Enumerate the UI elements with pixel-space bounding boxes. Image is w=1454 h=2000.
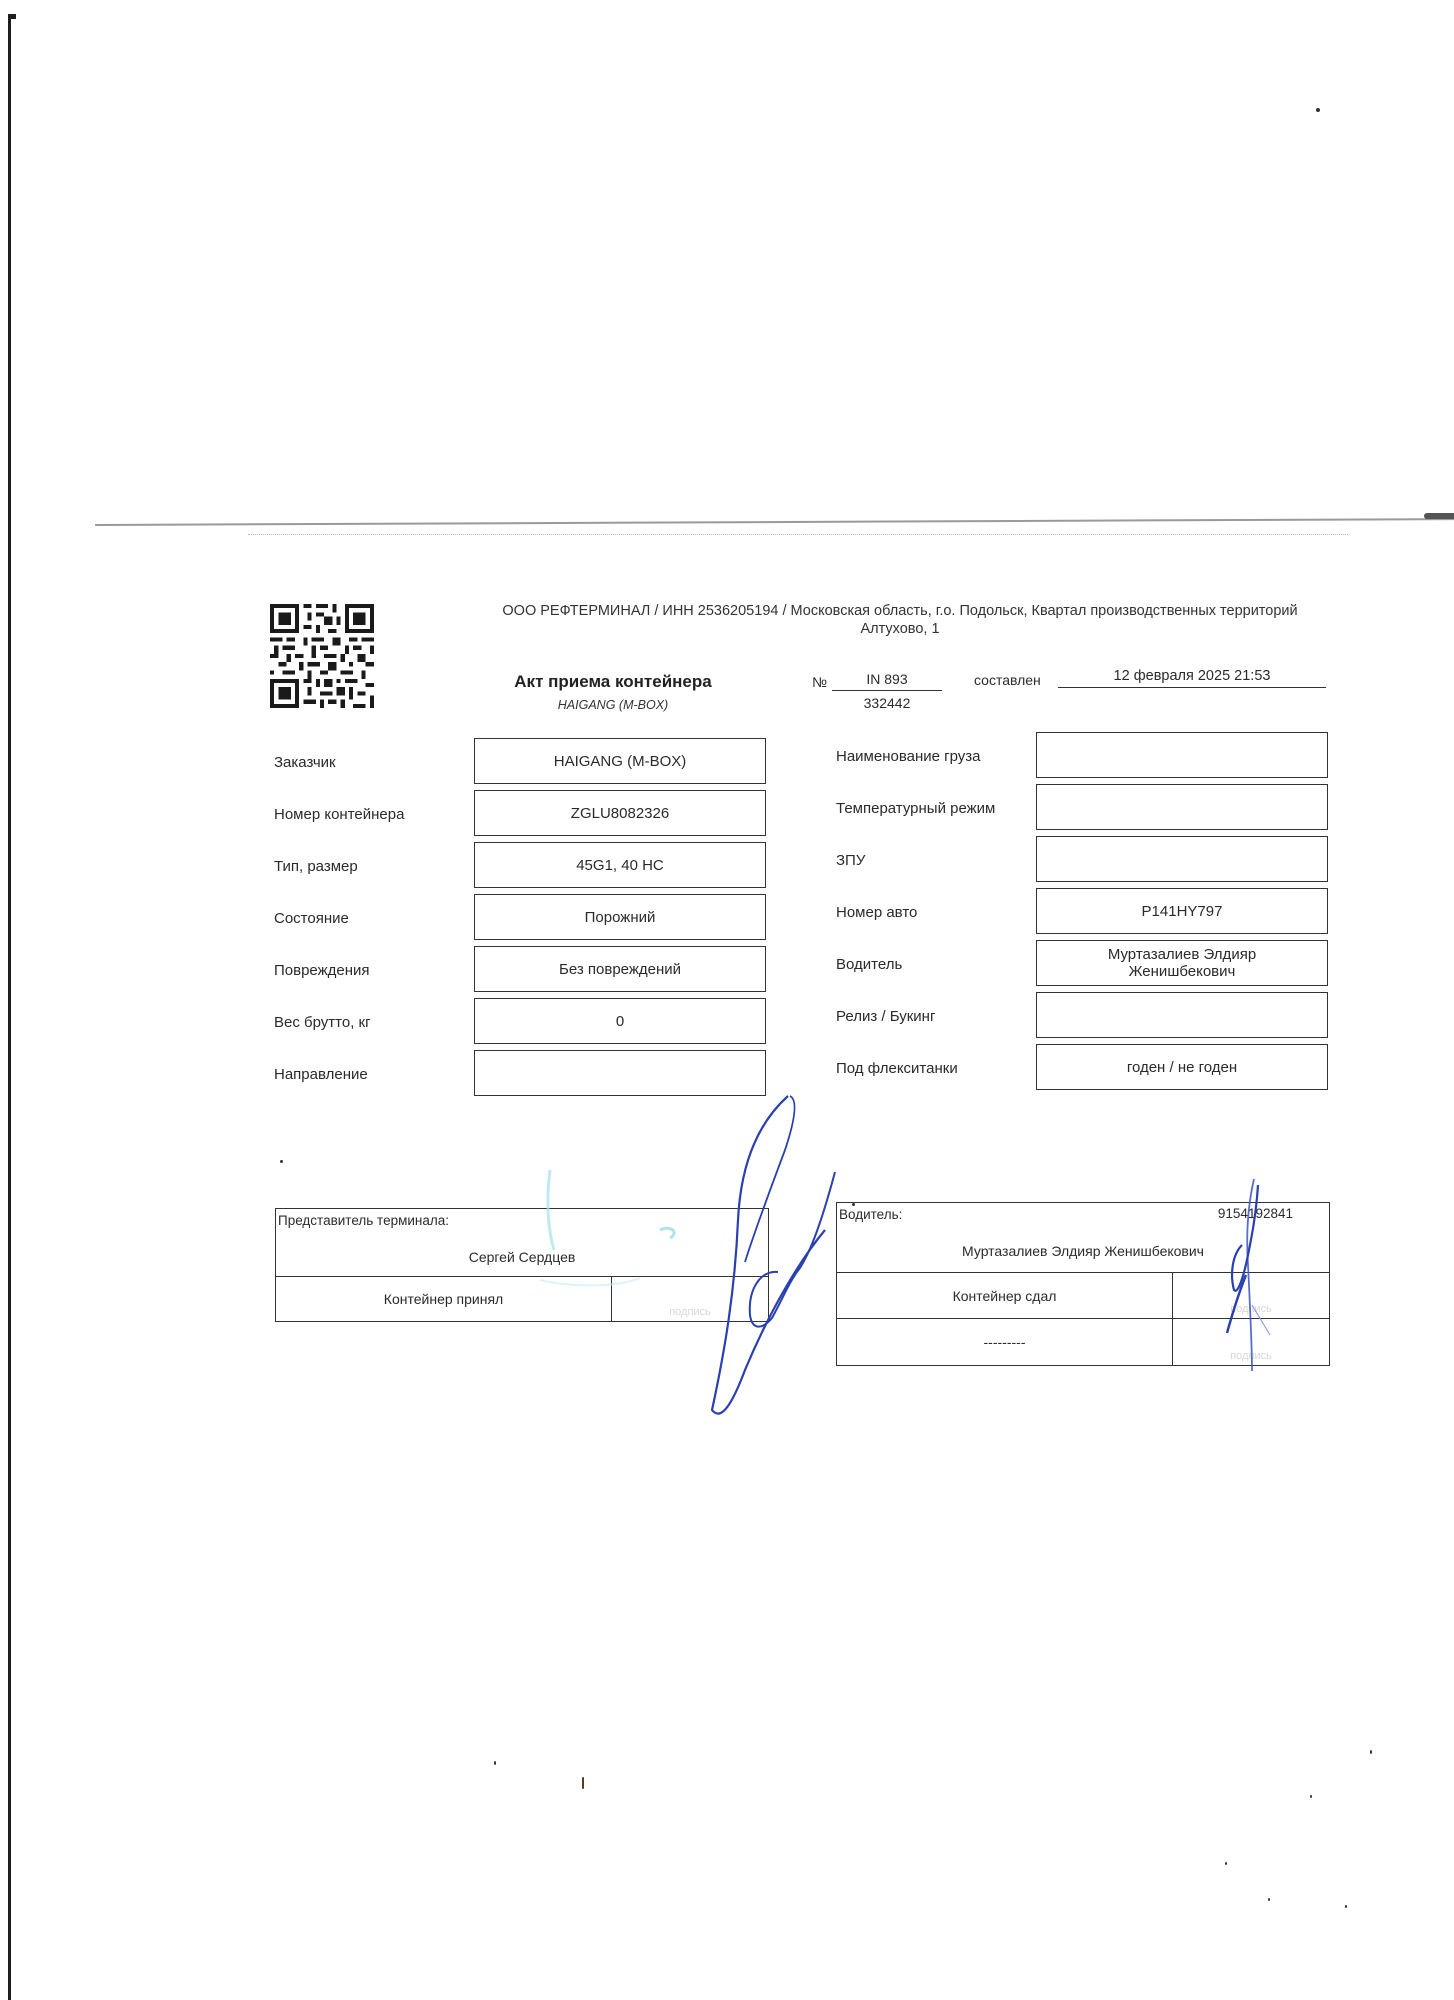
right-fields: Наименование груза Температурный режим З… [834, 730, 1354, 1094]
scan-speck [1268, 1898, 1270, 1901]
scan-speck [582, 1777, 584, 1789]
scan-speck [1316, 108, 1320, 112]
document-number: IN 893 [832, 671, 942, 691]
container-handed-over-label: Контейнер сдал [837, 1273, 1173, 1318]
field-row-seal: ЗПУ [834, 834, 1354, 886]
field-row-condition: Состояние Порожний [272, 892, 792, 944]
scan-edge-line [8, 14, 11, 2000]
company-info: ООО РЕФТЕРМИНАЛ / ИНН 2536205194 / Моско… [470, 602, 1330, 638]
field-row-type-size: Тип, размер 45G1, 40 HC [272, 840, 792, 892]
driver-extra-row: --------- подпись [837, 1319, 1329, 1365]
driver-signature-cell[interactable]: подпись [1173, 1273, 1329, 1318]
field-label: ЗПУ [836, 852, 865, 869]
paper-fold-corner [1424, 513, 1454, 519]
field-value-direction [474, 1050, 766, 1096]
field-label: Под флекситанки [836, 1060, 958, 1077]
field-value-seal [1036, 836, 1328, 882]
terminal-signature-cell[interactable]: подпись [612, 1277, 768, 1321]
left-fields: Заказчик HAIGANG (M-BOX) Номер контейнер… [272, 736, 792, 1100]
terminal-rep-row: Представитель терминала: Сергей Сердцев [276, 1209, 768, 1277]
field-label: Вес брутто, кг [274, 1014, 371, 1031]
driver-extra-signature-cell[interactable]: подпись [1173, 1319, 1329, 1365]
field-row-customer: Заказчик HAIGANG (M-BOX) [272, 736, 792, 788]
field-value-flexitank: годен / не годен [1036, 1044, 1328, 1090]
field-value-gross-weight: 0 [474, 998, 766, 1044]
driver-handover-row: Контейнер сдал подпись [837, 1273, 1329, 1319]
field-label: Номер контейнера [274, 806, 404, 823]
driver-signature-table: Водитель: 9154192841 Муртазалиев Элдияр … [836, 1202, 1330, 1366]
field-value-cargo-name [1036, 732, 1328, 778]
signature-hint: подпись [1173, 1303, 1329, 1315]
field-row-damage: Повреждения Без повреждений [272, 944, 792, 996]
paper-fold-line [95, 518, 1454, 526]
field-label: Релиз / Букинг [836, 1008, 935, 1025]
field-label: Заказчик [274, 754, 336, 771]
scan-speck [852, 1203, 855, 1206]
terminal-signature-table: Представитель терминала: Сергей Сердцев … [275, 1208, 769, 1322]
number-label: № [812, 674, 827, 690]
field-row-gross-weight: Вес брутто, кг 0 [272, 996, 792, 1048]
scan-speck [280, 1160, 283, 1163]
field-label: Водитель [836, 956, 902, 973]
driver-label: Водитель: [839, 1207, 902, 1222]
scan-speck [1310, 1795, 1312, 1798]
field-value-temperature [1036, 784, 1328, 830]
field-label: Повреждения [274, 962, 370, 979]
field-value-customer: HAIGANG (M-BOX) [474, 738, 766, 784]
field-label: Номер авто [836, 904, 917, 921]
field-label: Температурный режим [836, 800, 995, 817]
title-block: Акт приема контейнера HAIGANG (M-BOX) [478, 672, 748, 712]
field-row-direction: Направление [272, 1048, 792, 1100]
signature-hint: подпись [612, 1306, 768, 1318]
scan-speck [494, 1761, 496, 1765]
field-row-vehicle-number: Номер авто P141HY797 [834, 886, 1354, 938]
field-row-release-booking: Релиз / Букинг [834, 990, 1354, 1042]
terminal-accept-row: Контейнер принял подпись [276, 1277, 768, 1321]
field-row-temperature: Температурный режим [834, 782, 1354, 834]
scan-speck [1225, 1862, 1227, 1865]
field-row-cargo-name: Наименование груза [834, 730, 1354, 782]
field-label: Состояние [274, 910, 349, 927]
paper-fold-dots [248, 534, 1348, 535]
field-label: Направление [274, 1066, 368, 1083]
field-value-release-booking [1036, 992, 1328, 1038]
container-accepted-label: Контейнер принял [276, 1277, 612, 1321]
field-value-type-size: 45G1, 40 HC [474, 842, 766, 888]
qr-code-icon [270, 604, 374, 708]
field-value-vehicle-number: P141HY797 [1036, 888, 1328, 934]
scan-speck [1370, 1750, 1372, 1754]
signature-hint: подпись [1173, 1350, 1329, 1362]
field-label: Тип, размер [274, 858, 358, 875]
field-row-driver: Водитель Муртазалиев Элдияр Женишбекович [834, 938, 1354, 990]
driver-row: Водитель: 9154192841 Муртазалиев Элдияр … [837, 1203, 1329, 1273]
document-subtitle: HAIGANG (M-BOX) [478, 698, 748, 712]
driver-name: Муртазалиев Элдияр Женишбекович [837, 1243, 1329, 1259]
field-row-flexitank: Под флекситанки годен / не годен [834, 1042, 1354, 1094]
driver-phone: 9154192841 [1218, 1206, 1293, 1221]
terminal-rep-name: Сергей Сердцев [276, 1249, 768, 1265]
document-number-secondary: 332442 [832, 695, 942, 711]
terminal-rep-label: Представитель терминала: [278, 1213, 449, 1228]
field-row-container-number: Номер контейнера ZGLU8082326 [272, 788, 792, 840]
field-value-damage: Без повреждений [474, 946, 766, 992]
driver-extra-value: --------- [837, 1319, 1173, 1365]
field-value-driver: Муртазалиев Элдияр Женишбекович [1036, 940, 1328, 986]
document-title: Акт приема контейнера [478, 672, 748, 692]
composed-date: 12 февраля 2025 21:53 [1058, 668, 1326, 688]
field-value-condition: Порожний [474, 894, 766, 940]
field-value-container-number: ZGLU8082326 [474, 790, 766, 836]
composed-label: составлен [974, 672, 1041, 688]
scan-speck [1345, 1905, 1347, 1908]
field-label: Наименование груза [836, 748, 981, 765]
